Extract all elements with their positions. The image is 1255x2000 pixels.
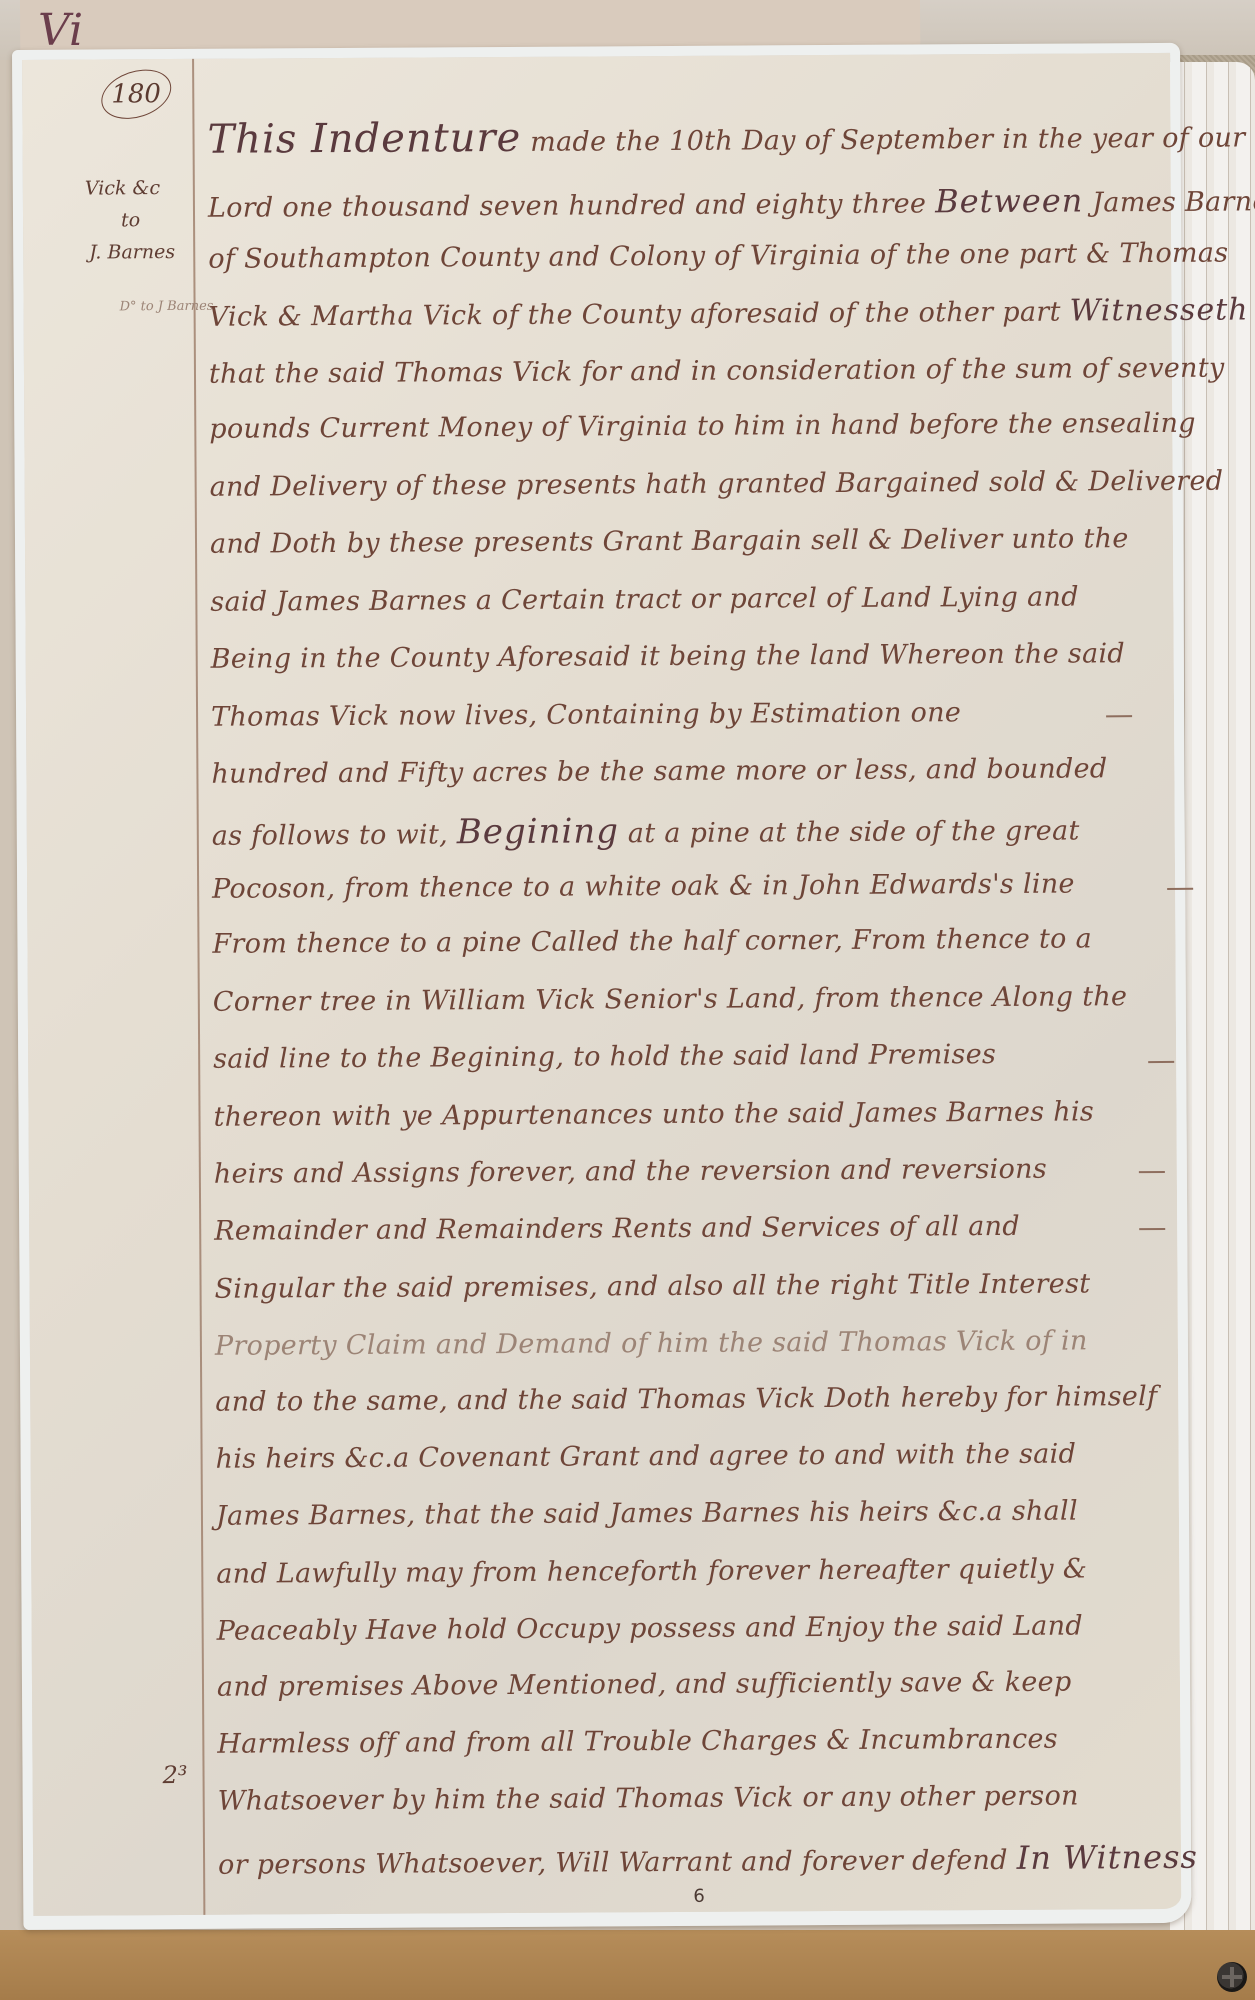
deed-line-10: Being in the County Aforesaid it being t…	[211, 638, 1125, 675]
wooden-table	[0, 1930, 1255, 2000]
deed-line-17: said line to the Begining, to hold the s…	[213, 1039, 996, 1075]
deed-line-27: Peaceably Have hold Occupy possess and E…	[217, 1610, 1083, 1646]
deed-line-22: Property Claim and Demand of him the sai…	[215, 1325, 1088, 1361]
deed-line-13: as follows to wit, Begining at a pine at…	[212, 808, 1080, 853]
deed-line-19: heirs and Assigns forever, and the rever…	[214, 1154, 1047, 1190]
deed-line-4: Vick & Martha Vick of the County aforesa…	[209, 292, 1249, 333]
line-filler-dash	[1167, 888, 1193, 890]
ledger-page: 180 Vick &c to J. Barnes D° to J Barnes …	[12, 43, 1191, 1930]
margin-note-to: to	[121, 209, 140, 231]
deed-line-28: and premises Above Mentioned, and suffic…	[217, 1667, 1072, 1703]
deed-line-1: This Indenture made the 10th Day of Sept…	[207, 110, 1245, 162]
deed-line-16: Corner tree in William Vick Senior's Lan…	[213, 981, 1128, 1018]
page-mark: 6	[693, 1886, 705, 1907]
folio-number: 180	[111, 79, 161, 109]
margin-note-bottom: 2³	[162, 1761, 187, 1789]
screw-icon	[1217, 1962, 1247, 1992]
deed-line-31: or persons Whatsoever, Will Warrant and …	[218, 1838, 1198, 1882]
deed-line-7: and Delivery of these presents hath gran…	[210, 466, 1224, 503]
line-filler-dash	[1139, 1228, 1165, 1230]
deed-line-2: Lord one thousand seven hundred and eigh…	[208, 180, 1255, 225]
deed-line-24: his heirs &c.a Covenant Grant and agree …	[216, 1439, 1077, 1475]
margin-note-grantee: J. Barnes	[89, 241, 175, 264]
deed-line-20: Remainder and Remainders Rents and Servi…	[214, 1211, 1020, 1247]
heading: This Indenture	[207, 115, 521, 163]
deed-line-26: and Lawfully may from henceforth forever…	[216, 1553, 1087, 1589]
deed-line-15: From thence to a pine Called the half co…	[212, 923, 1092, 959]
deed-line-25: James Barnes, that the said James Barnes…	[216, 1496, 1078, 1532]
deed-line-8: and Doth by these presents Grant Bargain…	[210, 523, 1129, 560]
margin-note-delivery: D° to J Barnes	[120, 299, 214, 315]
deed-line-23: and to the same, and the said Thomas Vic…	[215, 1381, 1157, 1418]
deed-line-6: pounds Current Money of Virginia to him …	[209, 408, 1196, 445]
deed-line-3: of Southampton County and Colony of Virg…	[208, 238, 1228, 275]
underlying-document-text: Vi	[38, 5, 83, 56]
line-filler-dash	[1139, 1171, 1165, 1173]
margin-note-grantor: Vick &c	[85, 177, 160, 199]
deed-line-12: hundred and Fifty acres be the same more…	[211, 753, 1107, 789]
folio-number-circle: 180	[95, 61, 178, 127]
deed-line-11: Thomas Vick now lives, Containing by Est…	[211, 697, 961, 733]
deed-line-5: that the said Thomas Vick for and in con…	[209, 353, 1225, 390]
line-filler-dash	[1148, 1061, 1174, 1063]
deed-line-30: Whatsoever by him the said Thomas Vick o…	[218, 1781, 1079, 1817]
deed-line-14: Pocoson, from thence to a white oak & in…	[212, 869, 1075, 905]
margin-rule	[192, 59, 205, 1915]
deed-line-21: Singular the said premises, and also all…	[214, 1268, 1090, 1304]
deed-line-29: Harmless off and from all Trouble Charge…	[217, 1724, 1058, 1760]
line-filler-dash	[1106, 715, 1132, 717]
deed-line-9: said James Barnes a Certain tract or par…	[210, 581, 1079, 617]
deed-line-18: thereon with ye Appurtenances unto the s…	[213, 1096, 1094, 1132]
